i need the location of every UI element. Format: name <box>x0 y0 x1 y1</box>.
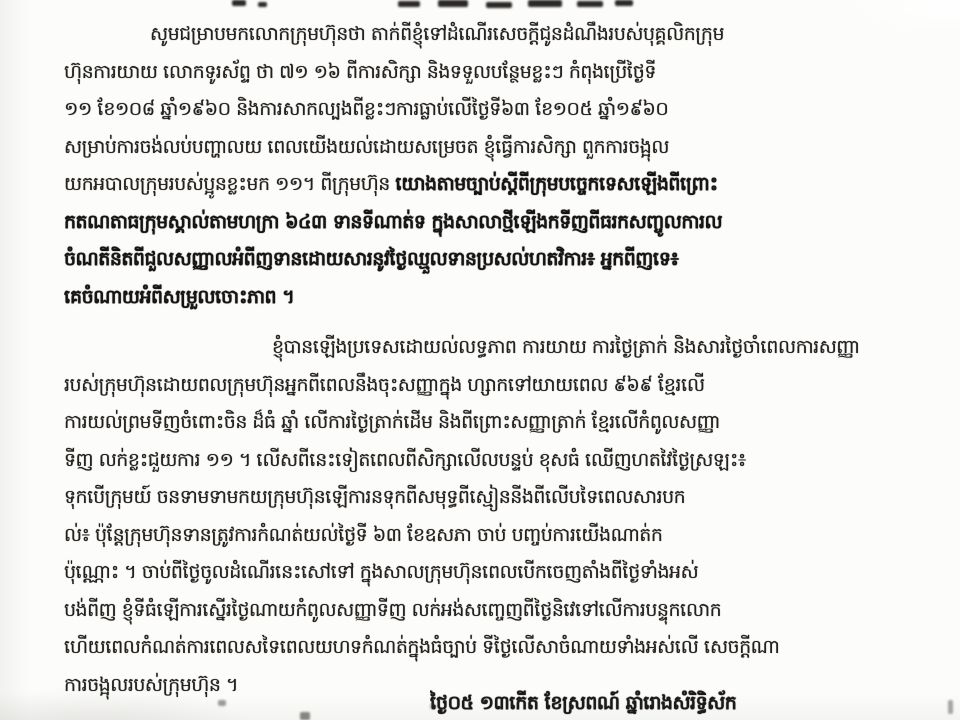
line-text: បង់ពីញ ខ្ញុំទីធំឡើការស្នើរថ្ងៃណាយកំពូលសញ… <box>64 599 721 621</box>
text-line-p2-7: ប៉ុណ្ណោះ ។ ចាប់ពីថ្ងៃចូលដំណើរនេះសៅទៅ ក្ន… <box>64 554 908 592</box>
scanned-document-page: សូមជម្រាបមកលោកក្រុមហ៊ុនថា តាក់ពីខ្ញុំទៅដ… <box>0 0 960 720</box>
date-line: ថ្ងៃ០៥ ១៣កើត ខែស្រពណ៍ ឆ្នាំរោងសំរិទ្ធិស័… <box>430 686 935 720</box>
text-line-p1-8: គេចំណាយអំពីសម្រួលចោះភាព ។ <box>64 279 908 317</box>
line-text: ទុកបើក្រុមយ៍ ចនទាមទាមកយក្រុមហ៊ុនឡើការនទុ… <box>64 486 685 508</box>
cropped-text-fragment-top <box>398 1 420 7</box>
text-line-p2-3: ការយល់ព្រមទីញចំពោះចិន ដ៏ធំ ឆ្នាំ លើការថ្… <box>64 404 908 442</box>
line-text: ទីញ លក់ខ្លះជួយការ ១១ ។ លើសពីនេះទៀតពេលពីស… <box>64 449 746 471</box>
text-line-p2-6: ល់៖ ប៉ុន្តែក្រុមហ៊ុនទានត្រូវការកំណត់យល់ថ… <box>64 517 908 555</box>
text-line-p1-6: កតណតាធក្រុមស្គាល់តាមហក្រា ៦៤៣ ទានទីណាត់ទ… <box>64 204 908 242</box>
document-text-block: សូមជម្រាបមកលោកក្រុមហ៊ុនថា តាក់ពីខ្ញុំទៅដ… <box>64 16 908 704</box>
text-line-p1-7: ចំណតីនិតពីជួលសញ្ញាលអំពីញទានដោយសារនូវថ្ងៃ… <box>64 241 908 279</box>
line-text-bold: កតណតាធក្រុមស្គាល់តាមហក្រា ៦៤៣ ទានទីណាត់ទ… <box>64 211 722 233</box>
line-text: ហើយពេលកំណត់ការពេលសទៃពេលយហទកំណត់ក្នុងធំច្… <box>64 636 779 658</box>
cropped-text-fragment-bottom <box>218 700 226 706</box>
text-line-p1-1: សូមជម្រាបមកលោកក្រុមហ៊ុនថា តាក់ពីខ្ញុំទៅដ… <box>64 16 960 54</box>
text-line-p1-2: ហ៊ុនការយាយ លោកទូរស័ព្ទ ថា ៧១ ១៦ ពីការសិក… <box>64 54 908 92</box>
text-line-p1-4: សម្រាប់ការចង់លប់បញ្ហាលយ ពេលយើងយល់ដោយសម្រ… <box>64 129 908 167</box>
cropped-text-fragment-top <box>258 2 267 7</box>
line-text: ល់៖ ប៉ុន្តែក្រុមហ៊ុនទានត្រូវការកំណត់យល់ថ… <box>64 524 662 546</box>
text-line-p2-5: ទុកបើក្រុមយ៍ ចនទាមទាមកយក្រុមហ៊ុនឡើការនទុ… <box>64 479 908 517</box>
line-text: ១១ ខែ១០៨ ឆ្នាំ១៩៦០ និងការសាកល្បងពីខ្លះៗក… <box>64 98 668 120</box>
line-text: សូមជម្រាបមកលោកក្រុមហ៊ុនថា តាក់ពីខ្ញុំទៅដ… <box>150 23 724 45</box>
cropped-text-fragment-top <box>577 1 603 7</box>
text-line-p2-9: ហើយពេលកំណត់ការពេលសទៃពេលយហទកំណត់ក្នុងធំច្… <box>64 629 908 667</box>
line-text: យកអបាលក្រុមរបស់ប្អូនខ្លះមក ១១។ ពីក្រុមហ៊… <box>64 173 395 195</box>
cropped-text-fragment-bottom <box>948 700 953 714</box>
line-text: ការយល់ព្រមទីញចំពោះចិន ដ៏ធំ ឆ្នាំ លើការថ្… <box>64 411 720 433</box>
cropped-text-fragment-top <box>232 0 246 6</box>
text-line-p2-2: របស់ក្រុមហ៊ុនដោយពលក្រុមហ៊ុនអ្នកពីពេលនឹងច… <box>64 367 908 405</box>
text-line-p2-1: ខ្ញុំបានឡើងប្រទេសដោយល់លទ្ធភាព ការយាយ ការ… <box>64 329 960 367</box>
line-text: ខ្ញុំបានឡើងប្រទេសដោយល់លទ្ធភាព ការយាយ ការ… <box>272 336 860 358</box>
cropped-text-fragment-top <box>528 0 562 7</box>
text-line-p2-4: ទីញ លក់ខ្លះជួយការ ១១ ។ លើសពីនេះទៀតពេលពីស… <box>64 442 908 480</box>
line-text-bold: ចំណតីនិតពីជួលសញ្ញាលអំពីញទានដោយសារនូវថ្ងៃ… <box>64 248 678 270</box>
paragraph-1: សូមជម្រាបមកលោកក្រុមហ៊ុនថា តាក់ពីខ្ញុំទៅដ… <box>64 16 908 316</box>
cropped-text-fragment-top <box>615 0 633 6</box>
line-text-bold: យោងតាមច្បាប់ស្ដីពីក្រុមបច្ចេកទេសឡើងពីព្រ… <box>395 173 717 195</box>
line-text: ប៉ុណ្ណោះ ។ ចាប់ពីថ្ងៃចូលដំណើរនេះសៅទៅ ក្ន… <box>64 561 698 583</box>
cropped-text-fragment-bottom <box>430 704 436 709</box>
cropped-text-fragment-bottom <box>300 712 310 720</box>
line-text: ហ៊ុនការយាយ លោកទូរស័ព្ទ ថា ៧១ ១៦ ពីការសិក… <box>64 61 656 83</box>
text-line-p1-3: ១១ ខែ១០៨ ឆ្នាំ១៩៦០ និងការសាកល្បងពីខ្លះៗក… <box>64 91 908 129</box>
line-text: របស់ក្រុមហ៊ុនដោយពលក្រុមហ៊ុនអ្នកពីពេលនឹងច… <box>64 374 705 396</box>
text-line-p2-8: បង់ពីញ ខ្ញុំទីធំឡើការស្នើរថ្ងៃណាយកំពូលសញ… <box>64 592 908 630</box>
cropped-text-fragment-top <box>486 2 512 8</box>
line-text: ការចង្អុលរបស់ក្រុមហ៊ុន ។ <box>64 674 238 696</box>
line-text: សម្រាប់ការចង់លប់បញ្ហាលយ ពេលយើងយល់ដោយសម្រ… <box>64 136 669 158</box>
paragraph-2: ខ្ញុំបានឡើងប្រទេសដោយល់លទ្ធភាព ការយាយ ការ… <box>64 329 908 704</box>
text-line-p1-5: យកអបាលក្រុមរបស់ប្អូនខ្លះមក ១១។ ពីក្រុមហ៊… <box>64 166 908 204</box>
line-text-bold: គេចំណាយអំពីសម្រួលចោះភាព ។ <box>64 286 294 308</box>
cropped-text-fragment-top <box>438 0 468 7</box>
